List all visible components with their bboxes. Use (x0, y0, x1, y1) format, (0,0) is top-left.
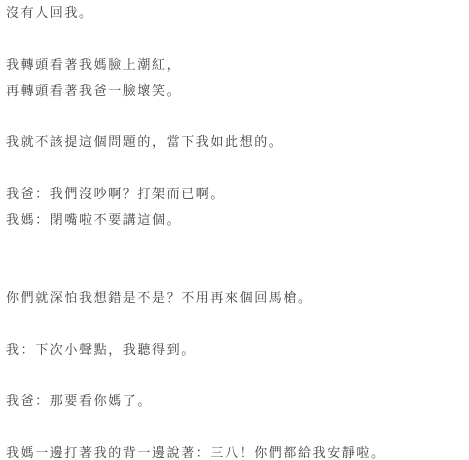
dialogue-line-dad: 我爸：那要看你媽了。 (6, 389, 466, 415)
paragraph-line: 你們就深怕我想錯是不是？不用再來個回馬槍。 (6, 286, 466, 312)
blank-line (6, 156, 466, 182)
paragraph-line: 我就不該提這個問題的，當下我如此想的。 (6, 130, 466, 156)
paragraph-line: 再轉頭看著我爸一臉壞笑。 (6, 79, 466, 105)
story-text: 沒有人回我。 我轉頭看著我媽臉上潮紅， 再轉頭看著我爸一臉壞笑。 我就不該提這個… (6, 1, 466, 460)
blank-line (6, 105, 466, 131)
dialogue-line-dad: 我爸：我們沒吵啊？打架而已啊。 (6, 182, 466, 208)
dialogue-line-mom: 我媽：閉嘴啦不要講這個。 (6, 208, 466, 234)
paragraph-line: 我媽一邊打著我的背一邊說著：三八！你們都給我安靜啦。 (6, 441, 466, 460)
blank-line (6, 363, 466, 389)
blank-line (6, 234, 466, 260)
paragraph-line: 沒有人回我。 (6, 1, 466, 27)
blank-line (6, 312, 466, 338)
blank-line (6, 27, 466, 53)
blank-line (6, 260, 466, 286)
paragraph-line: 我轉頭看著我媽臉上潮紅， (6, 53, 466, 79)
dialogue-line-me: 我：下次小聲點，我聽得到。 (6, 338, 466, 364)
blank-line (6, 415, 466, 441)
